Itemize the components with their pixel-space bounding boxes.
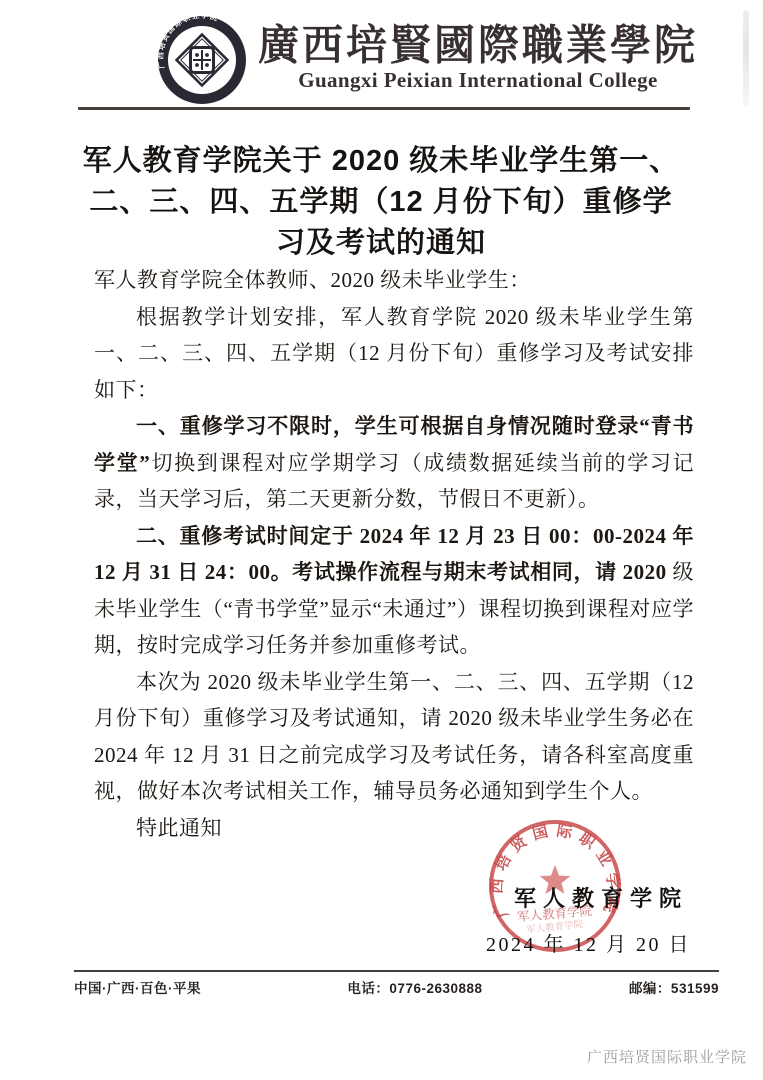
paragraph-4: 本次为 2020 级未毕业学生第一、二、三、四、五学期（12 月份下旬）重修学习… xyxy=(94,664,694,810)
college-name-block: 廣西培賢國際職業學院 Guangxi Peixian International… xyxy=(258,22,698,93)
paragraph-3: 二、重修考试时间定于 2024 年 12 月 23 日 00：00-2024 年… xyxy=(94,518,694,664)
salutation: 军人教育学院全体教师、2020 级未毕业学生： xyxy=(94,262,694,299)
corner-watermark: 广西培贤国际职业学院 xyxy=(587,1046,747,1067)
footer: 中国·广西·百色·平果 电话：0776-2630888 邮编：531599 xyxy=(74,977,719,997)
letterhead-divider xyxy=(78,107,690,110)
footer-divider xyxy=(74,970,719,972)
notice-title-line-1: 军人教育学院关于 2020 级未毕业学生第一、 xyxy=(64,141,698,182)
signature-department: 军人教育学院 xyxy=(514,882,688,913)
footer-postcode: 邮编：531599 xyxy=(629,977,719,997)
college-seal-logo-icon: 广西培贤国际职业学院 GUANGXI PEIXIAN INTERNATIONAL… xyxy=(156,14,248,106)
notice-title: 军人教育学院关于 2020 级未毕业学生第一、 二、三、四、五学期（12 月份下… xyxy=(64,141,698,264)
signature-date: 2024 年 12 月 20 日 xyxy=(486,928,691,957)
footer-location: 中国·广西·百色·平果 xyxy=(74,977,201,997)
college-name-en: Guangxi Peixian International College xyxy=(258,68,698,93)
scanned-notice-document: 广西培贤国际职业学院 GUANGXI PEIXIAN INTERNATIONAL… xyxy=(0,0,763,1080)
footer-phone: 电话：0776-2630888 xyxy=(347,977,482,997)
paragraph-2: 一、重修学习不限时，学生可根据自身情况随时登录“青书学堂”切换到课程对应学期学习… xyxy=(94,408,694,518)
paragraph-3-lead: 二、重修考试时间定于 2024 年 12 月 23 日 00：00-2024 年… xyxy=(94,524,694,585)
notice-body: 军人教育学院全体教师、2020 级未毕业学生： 根据教学计划安排，军人教育学院 … xyxy=(94,262,694,846)
college-name-zh: 廣西培賢國際職業學院 xyxy=(258,22,698,69)
notice-title-line-2: 二、三、四、五学期（12 月份下旬）重修学 xyxy=(64,182,698,223)
scan-artifact-streak xyxy=(743,10,749,106)
paragraph-4-rest: 本次为 2020 级未毕业学生第一、二、三、四、五学期（12 月份下旬）重修学习… xyxy=(94,670,694,804)
paragraph-1: 根据教学计划安排，军人教育学院 2020 级未毕业学生第一、二、三、四、五学期（… xyxy=(94,299,694,409)
letterhead: 广西培贤国际职业学院 GUANGXI PEIXIAN INTERNATIONAL… xyxy=(156,14,698,106)
notice-title-line-3: 习及考试的通知 xyxy=(64,223,698,264)
paragraph-1-rest: 根据教学计划安排，军人教育学院 2020 级未毕业学生第一、二、三、四、五学期（… xyxy=(94,305,694,402)
paragraph-2-rest: 切换到课程对应学期学习（成绩数据延续当前的学习记录，当天学习后，第二天更新分数，… xyxy=(94,451,694,512)
